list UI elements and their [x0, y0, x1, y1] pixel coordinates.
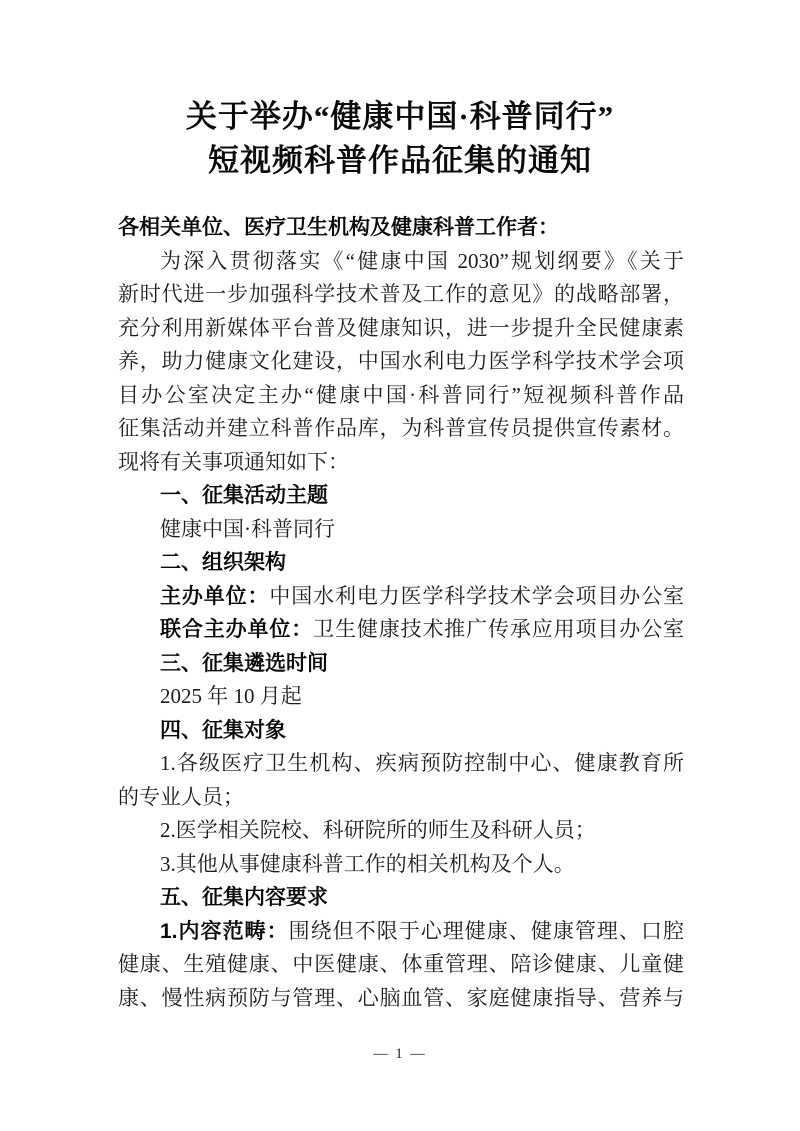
- section-3-time: 2025 年 10 月起: [118, 680, 684, 714]
- target-item-1-line-2: 的专业人员；: [118, 781, 684, 815]
- intro-line-2: 新时代进一步加强科学技术普及工作的意见》的战略部署，: [118, 278, 684, 312]
- title-line-2: 短视频科普作品征集的通知: [0, 139, 800, 183]
- content-scope-line-2: 健康、生殖健康、中医健康、体重管理、陪诊健康、儿童健: [118, 948, 684, 982]
- salutation: 各相关单位、医疗卫生机构及健康科普工作者：: [118, 211, 684, 245]
- host-organizer-value: 中国水利电力医学科学技术学会项目办公室: [269, 584, 684, 608]
- title-line-1: 关于举办“健康中国·科普同行”: [0, 95, 800, 139]
- page-number: — 1 —: [0, 1044, 800, 1064]
- intro-line-6: 征集活动并建立科普作品库，为科普宣传员提供宣传素材。: [118, 412, 684, 446]
- section-5-heading: 五、征集内容要求: [118, 881, 684, 915]
- document-title: 关于举办“健康中国·科普同行” 短视频科普作品征集的通知: [0, 95, 800, 183]
- document-page: 关于举办“健康中国·科普同行” 短视频科普作品征集的通知 各相关单位、医疗卫生机…: [0, 0, 800, 1131]
- intro-line-5: 目办公室决定主办“健康中国·科普同行”短视频科普作品: [118, 379, 684, 413]
- cohost-organizer-label: 联合主办单位：: [160, 618, 313, 641]
- intro-line-7: 现将有关事项通知如下：: [118, 446, 684, 480]
- content-scope-value: 围绕但不限于心理健康、健康管理、口腔: [289, 919, 684, 943]
- target-item-1-line-1: 1.各级医疗卫生机构、疾病预防控制中心、健康教育所: [118, 747, 684, 781]
- host-organizer-line: 主办单位：中国水利电力医学科学技术学会项目办公室: [118, 580, 684, 614]
- content-scope-line-3: 康、慢性病预防与管理、心脑血管、家庭健康指导、营养与: [118, 982, 684, 1016]
- host-organizer-label: 主办单位：: [160, 585, 269, 608]
- cohost-organizer-value: 卫生健康技术推广传承应用项目办公室: [313, 617, 684, 641]
- content-scope-label: 1.内容范畴：: [160, 920, 289, 943]
- section-1-theme: 健康中国·科普同行: [118, 513, 684, 547]
- section-2-heading: 二、组织架构: [118, 546, 684, 580]
- section-4-heading: 四、征集对象: [118, 714, 684, 748]
- section-3-heading: 三、征集遴选时间: [118, 647, 684, 681]
- intro-line-4: 养，助力健康文化建设，中国水利电力医学科学技术学会项: [118, 345, 684, 379]
- section-1-heading: 一、征集活动主题: [118, 479, 684, 513]
- target-item-2: 2.医学相关院校、科研院所的师生及科研人员；: [118, 814, 684, 848]
- document-body: 各相关单位、医疗卫生机构及健康科普工作者： 为深入贯彻落实《“健康中国 2030…: [118, 211, 684, 1015]
- content-scope-line-1: 1.内容范畴：围绕但不限于心理健康、健康管理、口腔: [118, 915, 684, 949]
- intro-line-1: 为深入贯彻落实《“健康中国 2030”规划纲要》《关于: [118, 245, 684, 279]
- target-item-3: 3.其他从事健康科普工作的相关机构及个人。: [118, 848, 684, 882]
- intro-line-3: 充分利用新媒体平台普及健康知识，进一步提升全民健康素: [118, 312, 684, 346]
- cohost-organizer-line: 联合主办单位：卫生健康技术推广传承应用项目办公室: [118, 613, 684, 647]
